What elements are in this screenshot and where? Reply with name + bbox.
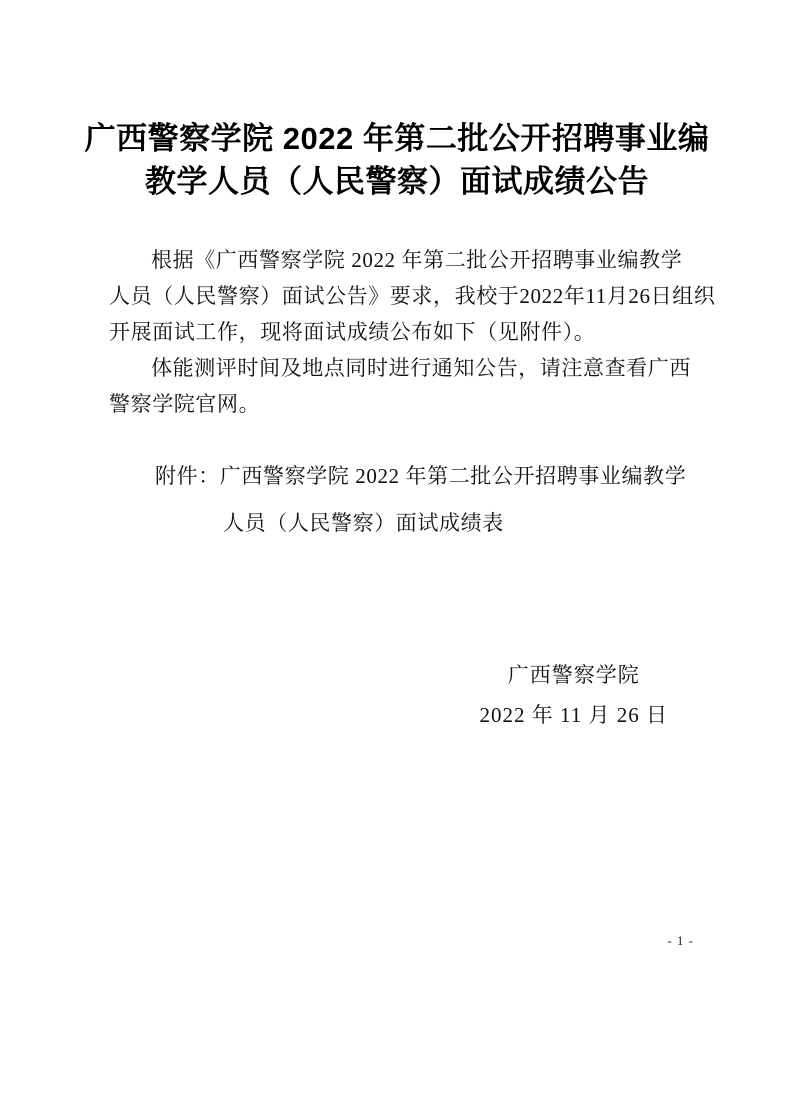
document-body: 根据《广西警察学院 2022 年第二批公开招聘事业编教学 人员（人民警察）面试公…: [109, 242, 704, 422]
paragraph-2-line-1: 体能测评时间及地点同时进行通知公告，请注意查看广西: [109, 350, 704, 386]
paragraph-1-line-3: 开展面试工作，现将面试成绩公布如下（见附件）。: [109, 314, 704, 350]
signature-date: 2022 年 11 月 26 日: [480, 695, 668, 735]
attachment-note: 附件：广西警察学院 2022 年第二批公开招聘事业编教学 人员（人民警察）面试成…: [109, 453, 704, 547]
signature-block: 广西警察学院 2022 年 11 月 26 日: [480, 655, 668, 735]
paragraph-1-line-2: 人员（人民警察）面试公告》要求，我校于2022年11月26日组织: [109, 278, 704, 314]
attachment-line-2: 人员（人民警察）面试成绩表: [109, 500, 704, 547]
document-title: 广西警察学院 2022 年第二批公开招聘事业编 教学人员（人民警察）面试成绩公告: [0, 0, 794, 203]
paragraph-2: 体能测评时间及地点同时进行通知公告，请注意查看广西 警察学院官网。: [109, 350, 704, 422]
title-line-1: 广西警察学院 2022 年第二批公开招聘事业编: [0, 117, 794, 160]
paragraph-2-line-2: 警察学院官网。: [109, 386, 704, 422]
signature-organization: 广西警察学院: [480, 655, 668, 695]
attachment-line-1: 附件：广西警察学院 2022 年第二批公开招聘事业编教学: [109, 453, 704, 500]
document-page: 广西警察学院 2022 年第二批公开招聘事业编 教学人员（人民警察）面试成绩公告…: [0, 0, 794, 1108]
title-line-2: 教学人员（人民警察）面试成绩公告: [0, 160, 794, 203]
page-number: - 1 -: [0, 933, 694, 949]
paragraph-1-line-1: 根据《广西警察学院 2022 年第二批公开招聘事业编教学: [109, 242, 704, 278]
paragraph-1: 根据《广西警察学院 2022 年第二批公开招聘事业编教学 人员（人民警察）面试公…: [109, 242, 704, 350]
